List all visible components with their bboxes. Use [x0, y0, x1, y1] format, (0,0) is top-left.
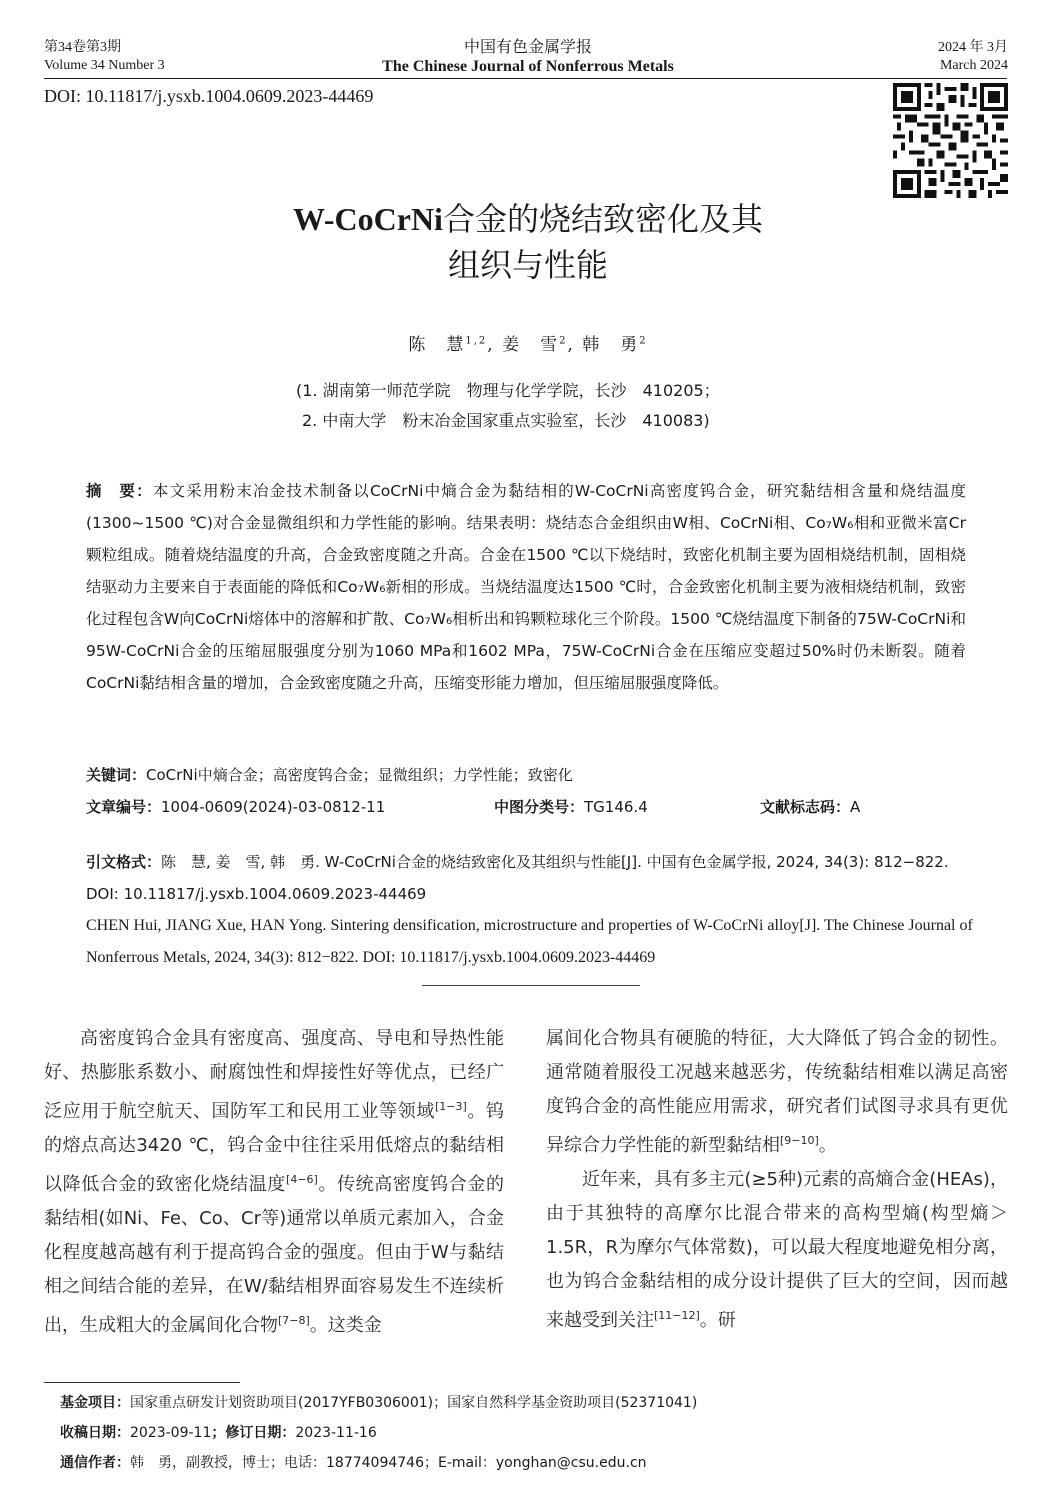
reference-link[interactable]: [1−3] [435, 1100, 467, 1113]
fund-text: 国家重点研发计划资助项目(2017YFB0306001)；国家自然科学基金资助项… [130, 1395, 697, 1411]
doc-code: A [850, 798, 860, 816]
clc-label: 中图分类号： [494, 798, 584, 816]
text-run: 。 [819, 1135, 837, 1156]
abstract-label: 摘 要： [86, 482, 153, 500]
citation-cn: 陈 慧, 姜 雪, 韩 勇. W-CoCrNi合金的烧结致密化及其组织与性能[J… [86, 853, 949, 903]
reference-link[interactable]: [11−12] [654, 1309, 700, 1322]
article-identifiers: 文章编号：1004-0609(2024)-03-0812-11 中图分类号：TG… [86, 796, 966, 817]
received-date: 2023-09-11 [130, 1425, 211, 1441]
paragraph: 近年来，具有多主元(≥5种)元素的高熵合金(HEAs)，由于其独特的高摩尔比混合… [546, 1163, 1008, 1338]
footnote-fund: 基金项目：国家重点研发计划资助项目(2017YFB0306001)；国家自然科学… [60, 1392, 960, 1412]
doi[interactable]: DOI: 10.11817/j.ysxb.1004.0609.2023-4446… [44, 86, 373, 107]
article-no-label: 文章编号： [86, 798, 161, 816]
title-line1-cn: 合金的烧结致密化及其 [443, 200, 763, 238]
citation-format: 引文格式：陈 慧, 姜 雪, 韩 勇. W-CoCrNi合金的烧结致密化及其组织… [86, 846, 976, 974]
journal-name-cn: 中国有色金属学报 [0, 34, 1056, 57]
text-run: 近年来，具有多主元(≥5种)元素的高熵合金(HEAs)，由于其独特的高摩尔比混合… [546, 1169, 1008, 1331]
affiliation-1: (1. 湖南第一师范学院 物理与化学学院，长沙 410205； [0, 376, 1056, 406]
reference-link[interactable]: [9−10] [780, 1134, 819, 1147]
fund-label: 基金项目： [60, 1395, 130, 1411]
author-name: 陈 慧 [408, 335, 465, 355]
author-name: 韩 勇 [582, 335, 639, 355]
issue-date-en: March 2024 [940, 58, 1008, 74]
paragraph: 高密度钨合金具有密度高、强度高、导电和导热性能好、热膨胀系数小、耐腐蚀性和焊接性… [44, 1022, 504, 1343]
footnote-corresponding: 通信作者：韩 勇，副教授，博士；电话：18774094746；E-mail：yo… [60, 1452, 960, 1472]
author-list: 陈 慧1,2, 姜 雪2, 韩 勇2 [0, 330, 1056, 355]
received-label: 收稿日期： [60, 1425, 130, 1441]
affiliation-2: 2. 中南大学 粉末冶金国家重点实验室，长沙 410083) [0, 406, 1056, 436]
author-affiliation-mark: 2 [559, 335, 567, 346]
footnote-rule [44, 1382, 240, 1383]
author-affiliation-mark: 1,2 [465, 335, 487, 346]
journal-name-en: The Chinese Journal of Nonferrous Metals [0, 58, 1056, 76]
text-run: 。传统高密度钨合金的黏结相(如Ni、Fe、Co、Cr等)通常以单质元素加入，合金… [44, 1174, 504, 1336]
title-latin: W-CoCrNi [293, 201, 443, 237]
keywords-label: 关键词： [86, 766, 146, 784]
reference-link[interactable]: [7−8] [278, 1314, 310, 1327]
article-no: 1004-0609(2024)-03-0812-11 [161, 798, 385, 816]
keywords: 关键词：CoCrNi中熵合金；高密度钨合金；显微组织；力学性能；致密化 [86, 764, 966, 785]
footnote-dates: 收稿日期：2023-09-11；修订日期：2023-11-16 [60, 1422, 960, 1442]
text-run: 属间化合物具有硬脆的特征，大大降低了钨合金的韧性。通常随着服役工况越来越恶劣，传… [546, 1028, 1008, 1156]
author-name: 姜 雪 [502, 335, 559, 355]
clc-code: TG146.4 [584, 798, 648, 816]
title-line2: 组织与性能 [0, 242, 1056, 288]
qr-code-icon [893, 83, 1008, 198]
doc-code-label: 文献标志码： [760, 798, 850, 816]
text-run: 。研 [700, 1310, 736, 1331]
citation-label: 引文格式： [86, 853, 161, 871]
body-column-left: 高密度钨合金具有密度高、强度高、导电和导热性能好、热膨胀系数小、耐腐蚀性和焊接性… [44, 1022, 504, 1343]
abstract-text: 本文采用粉末冶金技术制备以CoCrNi中熵合金为黏结相的W-CoCrNi高密度钨… [86, 482, 966, 692]
paper-title: W-CoCrNi合金的烧结致密化及其 组织与性能 [0, 196, 1056, 288]
corresponding-label: 通信作者： [60, 1455, 130, 1471]
author-affiliation-mark: 2 [639, 335, 647, 346]
citation-en: CHEN Hui, JIANG Xue, HAN Yong. Sintering… [86, 910, 976, 974]
keywords-text: CoCrNi中熵合金；高密度钨合金；显微组织；力学性能；致密化 [146, 766, 573, 784]
reference-link[interactable]: [4−6] [286, 1173, 318, 1186]
header-rule [44, 78, 1007, 79]
affiliations: (1. 湖南第一师范学院 物理与化学学院，长沙 410205； 2. 中南大学 … [0, 376, 1056, 436]
issue-date-cn: 2024 年 3月 [938, 36, 1008, 56]
corresponding-text: 韩 勇，副教授，博士；电话：18774094746；E-mail：yonghan… [130, 1455, 647, 1471]
paragraph: 属间化合物具有硬脆的特征，大大降低了钨合金的韧性。通常随着服役工况越来越恶劣，传… [546, 1022, 1008, 1163]
text-run: 。这类金 [310, 1315, 382, 1336]
revised-date: 2023-11-16 [295, 1425, 376, 1441]
section-divider [422, 985, 640, 986]
body-column-right: 属间化合物具有硬脆的特征，大大降低了钨合金的韧性。通常随着服役工况越来越恶劣，传… [546, 1022, 1008, 1338]
abstract: 摘 要：本文采用粉末冶金技术制备以CoCrNi中熵合金为黏结相的W-CoCrNi… [86, 475, 966, 699]
revised-label: ；修订日期： [211, 1425, 295, 1441]
